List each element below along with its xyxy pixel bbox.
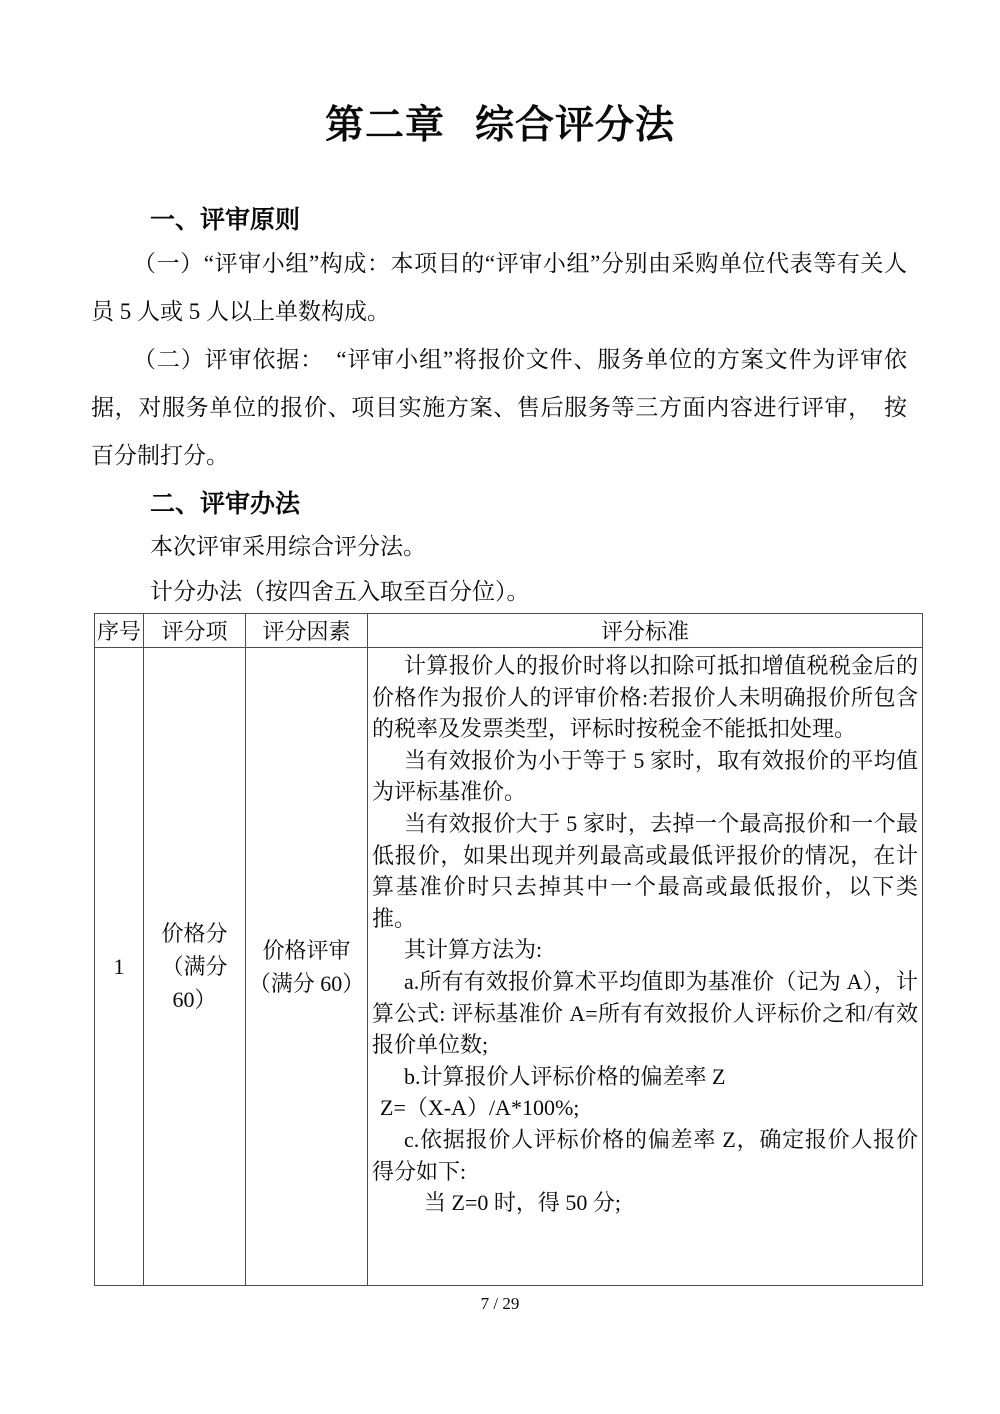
criteria-paragraph-more-than-five: 当有效报价大于 5 家时，去掉一个最高报价和一个最低报价，如果出现并列最高或最低… [372,808,918,934]
criteria-paragraph-z-formula: Z=（X-A）/A*100%; [372,1092,918,1124]
table-row: 1 价格分 （满分 60） 价格评审 （满分 60） 计算报价人的报价时将以扣除… [95,648,923,1286]
page-number: 7 / 29 [0,1294,1000,1314]
criteria-paragraph-tax-deduction: 计算报价人的报价时将以扣除可抵扣增值税税金后的价格作为报价人的评审价格:若报价人… [372,650,918,745]
chapter-label: 第二章 [325,104,445,147]
cell-serial-number: 1 [95,648,144,1286]
cell-scoring-factor: 价格评审 （满分 60） [246,648,368,1286]
section-heading-review-principles: 一、评审原则 [150,200,300,236]
document-page: 第二章综合评分法 一、评审原则 （一）“评审小组”构成：本项目的“评审小组”分别… [0,0,1000,1414]
criteria-paragraph-five-or-fewer: 当有效报价为小于等于 5 家时，取有效报价的平均值为评标基准价。 [372,745,918,808]
criteria-paragraph-a-benchmark: a.所有有效报价算术平均值即为基准价（记为 A），计算公式: 评标基准价 A=所… [372,966,918,1061]
table-header-row: 序号 评分项 评分因素 评分标准 [95,614,923,648]
criteria-paragraph-calc-method-label: 其计算方法为: [372,934,918,966]
paragraph-review-basis: （二）评审依据： “评审小组”将报价文件、服务单位的方案文件为评审依据，对服务单… [91,336,907,480]
page-title: 第二章综合评分法 [0,94,1000,150]
paragraph-review-group-composition: （一）“评审小组”构成：本项目的“评审小组”分别由采购单位代表等有关人员 5 人… [91,240,907,336]
scoring-table: 序号 评分项 评分因素 评分标准 1 价格分 （满分 60） 价格评审 （满分 … [94,613,923,1286]
criteria-paragraph-b-deviation: b.计算报价人评标价格的偏差率 Z [372,1061,918,1093]
column-header-scoring-factor: 评分因素 [246,614,368,648]
chapter-name: 综合评分法 [475,104,675,147]
cell-scoring-item: 价格分 （满分 60） [144,648,246,1286]
column-header-scoring-criteria: 评分标准 [368,614,923,648]
paragraph-method-statement: 本次评审采用综合评分法。 [91,523,907,571]
column-header-serial-number: 序号 [95,614,144,648]
paragraph-scoring-rounding: 计分办法（按四舍五入取至百分位）。 [91,568,907,616]
section-heading-review-method: 二、评审办法 [150,484,300,520]
cell-scoring-criteria: 计算报价人的报价时将以扣除可抵扣增值税税金后的价格作为报价人的评审价格:若报价人… [368,648,923,1286]
criteria-paragraph-c-score-rule: c.依据报价人评标价格的偏差率 Z，确定报价人报价得分如下: [372,1124,918,1187]
column-header-scoring-item: 评分项 [144,614,246,648]
criteria-paragraph-z-zero-score: 当 Z=0 时，得 50 分; [372,1187,918,1219]
